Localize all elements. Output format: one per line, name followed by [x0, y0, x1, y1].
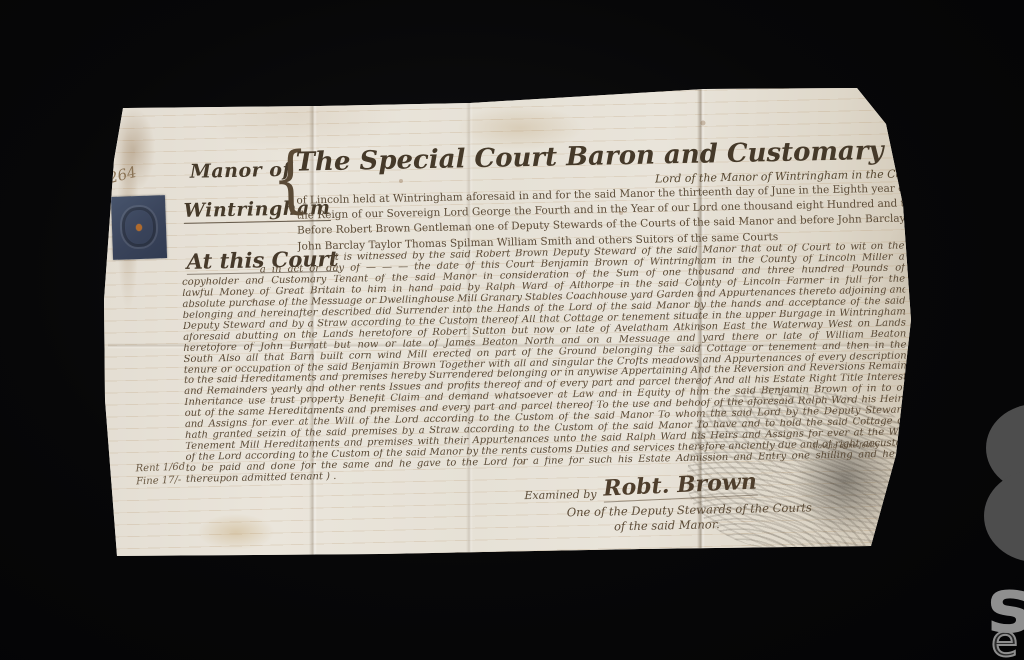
- watermark-letter-e: e: [991, 620, 1018, 660]
- margin-note: Fine 17/-: [136, 474, 186, 488]
- court-title: The Special Court Baron and Customary Co…: [295, 128, 1024, 177]
- parchment-document: 264 Manor of Wintringham { The Special C…: [0, 0, 1024, 660]
- document-photo: s e 264 Manor of Wintringham { The Speci…: [0, 0, 1024, 660]
- examined-by-label: Examined by: [524, 488, 596, 502]
- interlineation-note: having done fealty: [813, 441, 879, 450]
- foxing-specks: [0, 0, 2, 2]
- handwritten-content: Manor of Wintringham { The Special Court…: [0, 0, 1024, 660]
- steward-signature: Robt. Brown: [603, 468, 758, 502]
- watermark-letter-b-bottom-bowl: [984, 470, 1024, 562]
- signature-title-line1: One of the Deputy Stewards of the Courts: [567, 500, 812, 519]
- signature-title-line2: of the said Manor.: [614, 517, 720, 533]
- margin-note: Rent 1/6d: [135, 462, 185, 476]
- attestation-block: Examined by Robt. Brown One of the Deput…: [0, 0, 1020, 4]
- margin-notes: Rent 1/6dFine 17/-: [135, 462, 185, 489]
- court-title-continuation: of The Right Honorable Robert Lord Carri…: [984, 141, 1024, 160]
- body-paragraph: it is witnessed by the said Robert Brown…: [182, 241, 909, 485]
